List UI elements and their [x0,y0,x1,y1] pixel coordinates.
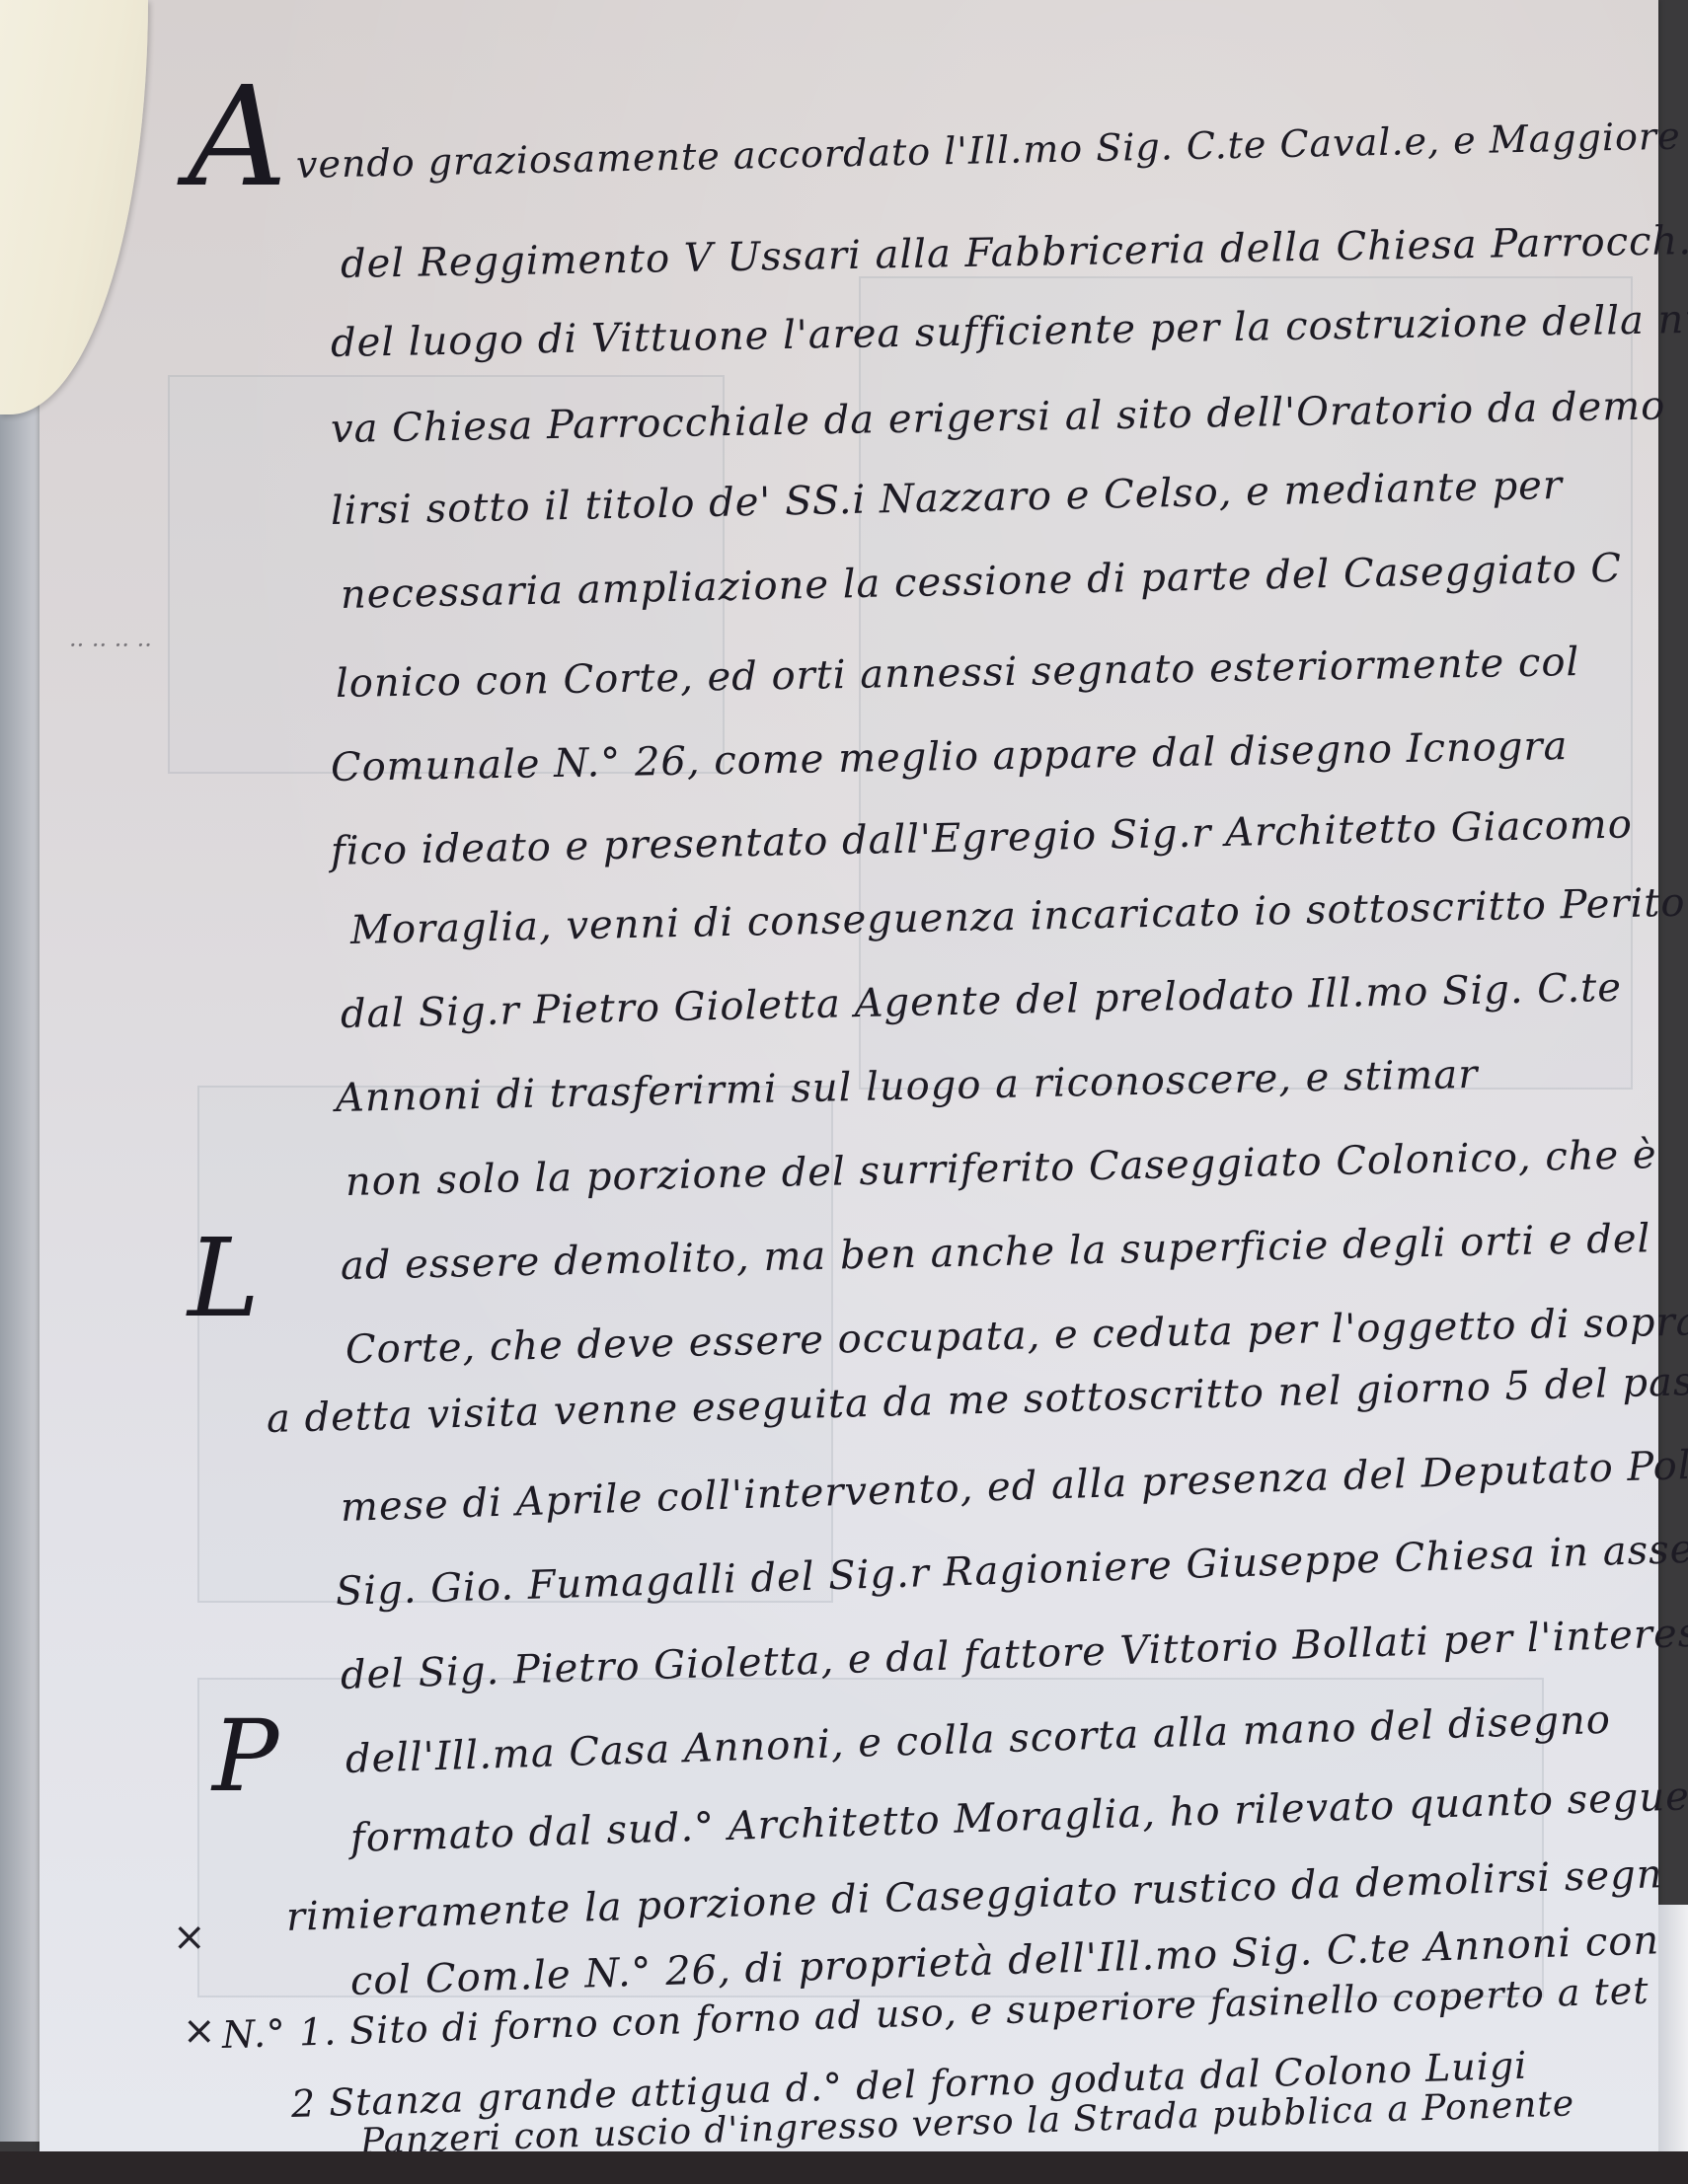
text-line-5: lirsi sotto il titolo de' SS.i Nazzaro e… [331,463,1564,534]
text-line-12: Annoni di trasferirmi sul luogo a ricono… [336,1052,1479,1121]
text-line-2: del Reggimento V Ussari alla Fabbriceria… [341,218,1688,287]
drop-cap-l: L [188,1224,260,1332]
manuscript-text: A L P ·· ·· ·· ·· vendo graziosamente ac… [0,0,1688,2184]
text-line-18: Sig. Gio. Fumagalli del Sig.r Ragioniere… [335,1525,1688,1615]
cross-mark-1: × [173,1915,206,1960]
text-line-4: va Chiesa Parrocchiale da erigersi al si… [331,383,1666,452]
text-line-9: fico ideato e presentato dall'Egregio Si… [331,801,1634,874]
text-line-1: vendo graziosamente accordato l'Ill.mo S… [296,114,1681,187]
text-line-8: Comunale N.° 26, come meglio appare dal … [331,723,1569,791]
text-line-11: dal Sig.r Pietro Gioletta Agente del pre… [341,965,1623,1037]
text-line-6: necessaria ampliazione la cessione di pa… [341,546,1623,618]
text-line-13: non solo la porzione del surriferito Cas… [345,1132,1657,1205]
desk-surface [0,2151,1688,2184]
text-line-21: formato dal sud.° Architetto Moraglia, h… [349,1773,1688,1861]
cross-mark-2: × [183,2008,216,2054]
text-line-14: ad essere demolito, ma ben anche la supe… [341,1216,1651,1289]
paper-stack-edge [1658,1905,1688,2151]
text-line-17: mese di Aprile coll'intervento, ed alla … [340,1442,1688,1531]
text-line-3: del luogo di Vittuone l'area sufficiente… [331,296,1688,366]
text-line-20: dell'Ill.ma Casa Annoni, e colla scorta … [345,1697,1611,1782]
text-line-10: Moraglia, venni di conseguenza incaricat… [350,880,1686,953]
text-line-16: a detta visita venne eseguita da me sott… [266,1358,1688,1442]
margin-note: ·· ·· ·· ·· [69,632,152,659]
drop-cap-a: A [188,69,287,207]
text-line-15: Corte, che deve essere occupata, e cedut… [345,1299,1688,1373]
text-line-7: lonico con Corte, ed orti annessi segnat… [336,640,1580,707]
drop-cap-p: P [212,1707,278,1806]
text-line-19: del Sig. Pietro Gioletta, e dal fattore … [340,1610,1688,1698]
